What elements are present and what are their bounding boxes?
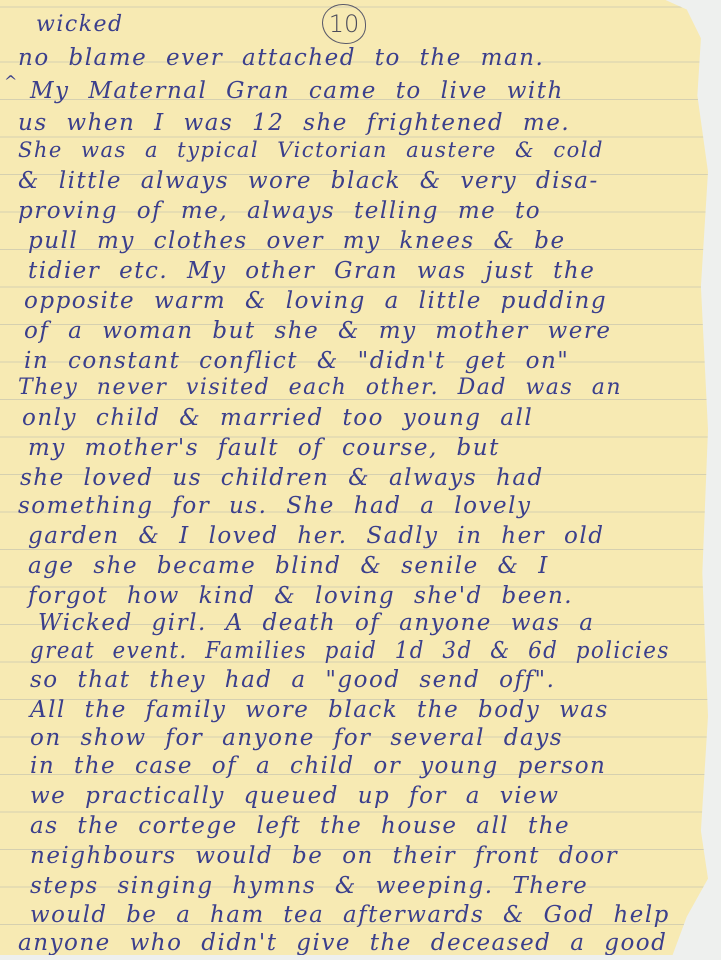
- text-line: She was a typical Victorian austere & co…: [18, 138, 604, 162]
- text-line: pull my clothes over my knees & be: [28, 228, 566, 254]
- text-line: & little always wore black & very disa-: [18, 168, 599, 194]
- text-line: of a woman but she & my mother were: [24, 318, 611, 344]
- handwritten-letter-page: 10 wicked ^ no blame ever attached to th…: [0, 0, 708, 955]
- text-line: forgot how kind & loving she'd been.: [28, 583, 573, 609]
- text-line: proving of me, always telling me to: [18, 198, 541, 224]
- text-line: anyone who didn't give the deceased a go…: [18, 930, 667, 956]
- circled-page-number: 10: [322, 4, 366, 44]
- text-line: They never visited each other. Dad was a…: [18, 375, 622, 400]
- text-line: in the case of a child or young person: [30, 753, 606, 779]
- text-line: Wicked girl. A death of anyone was a: [38, 610, 594, 636]
- text-line: age she became blind & senile & I: [28, 553, 549, 579]
- text-line: tidier etc. My other Gran was just the: [28, 258, 595, 284]
- text-line: she loved us children & always had: [20, 465, 544, 491]
- text-line: All the family wore black the body was: [30, 697, 609, 723]
- text-line: opposite warm & loving a little pudding: [24, 288, 607, 314]
- text-line: us when I was 12 she frightened me.: [18, 110, 570, 136]
- text-line: My Maternal Gran came to live with: [30, 78, 564, 104]
- text-line: only child & married too young all: [22, 405, 533, 431]
- text-line: garden & I loved her. Sadly in her old: [28, 523, 604, 549]
- text-line: we practically queued up for a view: [30, 783, 559, 809]
- text-line: great event. Families paid 1d 3d & 6d po…: [30, 638, 670, 664]
- text-line: steps singing hymns & weeping. There: [30, 873, 588, 899]
- text-line: something for us. She had a lovely: [18, 493, 531, 519]
- text-line: my mother's fault of course, but: [28, 435, 500, 461]
- text-line: would be a ham tea afterwards & God help: [30, 902, 670, 928]
- text-line: so that they had a "good send off".: [30, 667, 555, 693]
- text-line: no blame ever attached to the man.: [18, 45, 544, 71]
- text-line: as the cortege left the house all the: [30, 813, 570, 839]
- text-line: neighbours would be on their front door: [30, 843, 618, 869]
- inserted-word: wicked: [36, 12, 124, 37]
- text-line: in constant conflict & "didn't get on": [24, 348, 569, 374]
- insertion-caret: ^: [4, 72, 17, 91]
- text-line: on show for anyone for several days: [30, 725, 563, 751]
